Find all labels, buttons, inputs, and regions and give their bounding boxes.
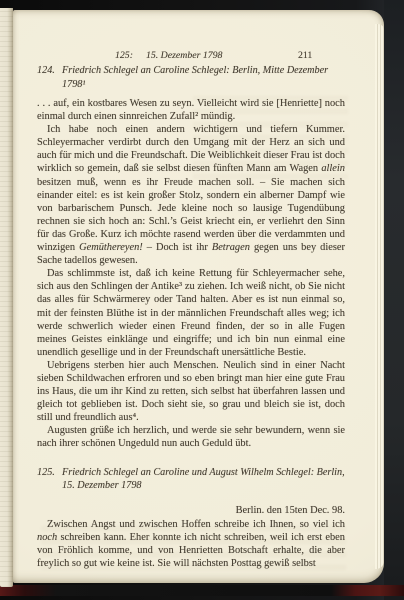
letter-heading: 125. Friedrich Schlegel an Caroline und … [37, 466, 345, 493]
book-page: 125:15. Dezember 1798 211 124. Friedrich… [13, 10, 384, 583]
paragraph: . . . auf, ein kostbares Wesen zu seyn. … [37, 97, 345, 123]
letter-number: 124. [37, 64, 62, 91]
book-scan-background: 125:15. Dezember 1798 211 124. Friedrich… [0, 0, 404, 600]
body-text: Augusten grüße ich herzlich, und werde s… [37, 425, 345, 449]
letter-body: . . . auf, ein kostbares Wesen zu seyn. … [37, 97, 345, 451]
running-head-section: 125: [115, 50, 133, 61]
facing-page-edge [0, 8, 13, 587]
paragraph: Augusten grüße ich herzlich, und werde s… [37, 424, 345, 450]
letter-heading: 124. Friedrich Schlegel an Caroline Schl… [37, 64, 345, 91]
letter-title: Friedrich Schlegel an Caroline und Augus… [62, 466, 345, 493]
running-head: 125:15. Dezember 1798 211 [37, 49, 345, 62]
body-text: . . . auf, ein kostbares Wesen zu seyn. … [37, 98, 345, 122]
running-head-date: 15. Dezember 1798 [146, 50, 222, 61]
emphasized-text: Gemüthereyen! [79, 242, 143, 253]
letter-124: 124. Friedrich Schlegel an Caroline Schl… [37, 64, 345, 451]
letter-body: Zwischen Angst und zwischen Hoffen schre… [37, 518, 345, 570]
body-text: schreiben kann. Eher konnte ich nicht sc… [37, 532, 345, 569]
letter-125: 125. Friedrich Schlegel an Caroline und … [37, 466, 345, 570]
body-text: Ich habe noch einen andern wichtigern un… [37, 124, 345, 174]
emphasized-text: Betragen [212, 242, 250, 253]
page-content: 125:15. Dezember 1798 211 124. Friedrich… [37, 10, 345, 570]
paragraph: Ich habe noch einen andern wichtigern un… [37, 123, 345, 267]
letter-title: Friedrich Schlegel an Caroline Schlegel:… [62, 64, 345, 91]
body-text: Uebrigens sterben hier auch Menschen. Ne… [37, 360, 345, 423]
page-edge-stack [375, 24, 384, 569]
paragraph: Uebrigens sterben hier auch Menschen. Ne… [37, 359, 345, 424]
scanned-book-photo: { "running_head": { "label": "125:", "da… [0, 0, 404, 600]
paragraph: Das schlimmste ist, daß ich keine Rettun… [37, 267, 345, 359]
emphasized-text: allein [321, 163, 345, 174]
body-text: Das schlimmste ist, daß ich keine Rettun… [37, 268, 345, 358]
paragraph: Zwischen Angst und zwischen Hoffen schre… [37, 518, 345, 570]
book-cover-edge [0, 585, 404, 596]
letter-dateline: Berlin. den 15ten Dec. 98. [37, 504, 345, 517]
body-text: Zwischen Angst und zwischen Hoffen schre… [47, 519, 345, 530]
body-text: – Doch ist ihr [143, 242, 212, 253]
letter-number: 125. [37, 466, 62, 493]
page-number: 211 [298, 49, 312, 62]
emphasized-text: noch [37, 532, 57, 543]
